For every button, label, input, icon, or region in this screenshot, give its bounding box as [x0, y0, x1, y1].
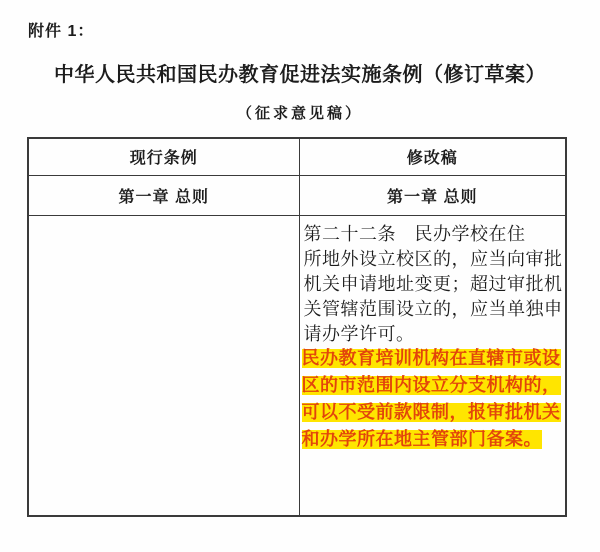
article-cell-current [28, 215, 299, 516]
article-highlighted-text: 民办教育培训机构在直辖市或设 区的市范围内设立分支机构的， 可以不受前款限制，报… [304, 349, 562, 449]
document-title: 中华人民共和国民办教育促进法实施条例（修订草案） [0, 58, 600, 87]
chapter-row: 第一章 总则 第一章 总则 [28, 175, 566, 215]
document-page: 附件 1： 中华人民共和国民办教育促进法实施条例（修订草案） （征求意见稿） 现… [0, 0, 600, 552]
article-content: 第二十二条 民办学校在住 所地外设立校区的，应当向审批 机关申请地址变更；超过审… [300, 216, 566, 461]
document-subtitle: （征求意见稿） [0, 102, 600, 123]
article-plain-line: 关管辖范围设立的，应当单独申 [304, 297, 562, 322]
article-plain-line: 第二十二条 民办学校在住 [304, 222, 562, 247]
comparison-table: 现行条例 修改稿 第一章 总则 第一章 总则 第二十二条 民办学校在住 所地外设… [27, 137, 567, 517]
article-plain-line: 请办学许可。 [304, 322, 562, 347]
chapter-cell-current: 第一章 总则 [28, 175, 299, 215]
article-highlighted-line: 区的市范围内设立分支机构的， [302, 376, 561, 395]
article-plain-line: 所地外设立校区的，应当向审批 [304, 247, 562, 272]
article-highlighted-line: 民办教育培训机构在直辖市或设 [302, 349, 561, 368]
article-plain-line: 机关申请地址变更；超过审批机 [304, 272, 562, 297]
article-cell-revised: 第二十二条 民办学校在住 所地外设立校区的，应当向审批 机关申请地址变更；超过审… [299, 215, 566, 516]
chapter-cell-revised: 第一章 总则 [299, 175, 566, 215]
article-highlighted-line: 可以不受前款限制，报审批机关 [302, 403, 561, 422]
article-row: 第二十二条 民办学校在住 所地外设立校区的，应当向审批 机关申请地址变更；超过审… [28, 215, 566, 516]
column-header-current-regulation: 现行条例 [28, 138, 299, 175]
article-plain-text: 第二十二条 民办学校在住 所地外设立校区的，应当向审批 机关申请地址变更；超过审… [304, 222, 562, 347]
table-header-row: 现行条例 修改稿 [28, 138, 566, 175]
article-highlighted-line: 和办学所在地主管部门备案。 [302, 430, 543, 449]
column-header-revised-draft: 修改稿 [299, 138, 566, 175]
attachment-label: 附件 1： [28, 18, 94, 41]
